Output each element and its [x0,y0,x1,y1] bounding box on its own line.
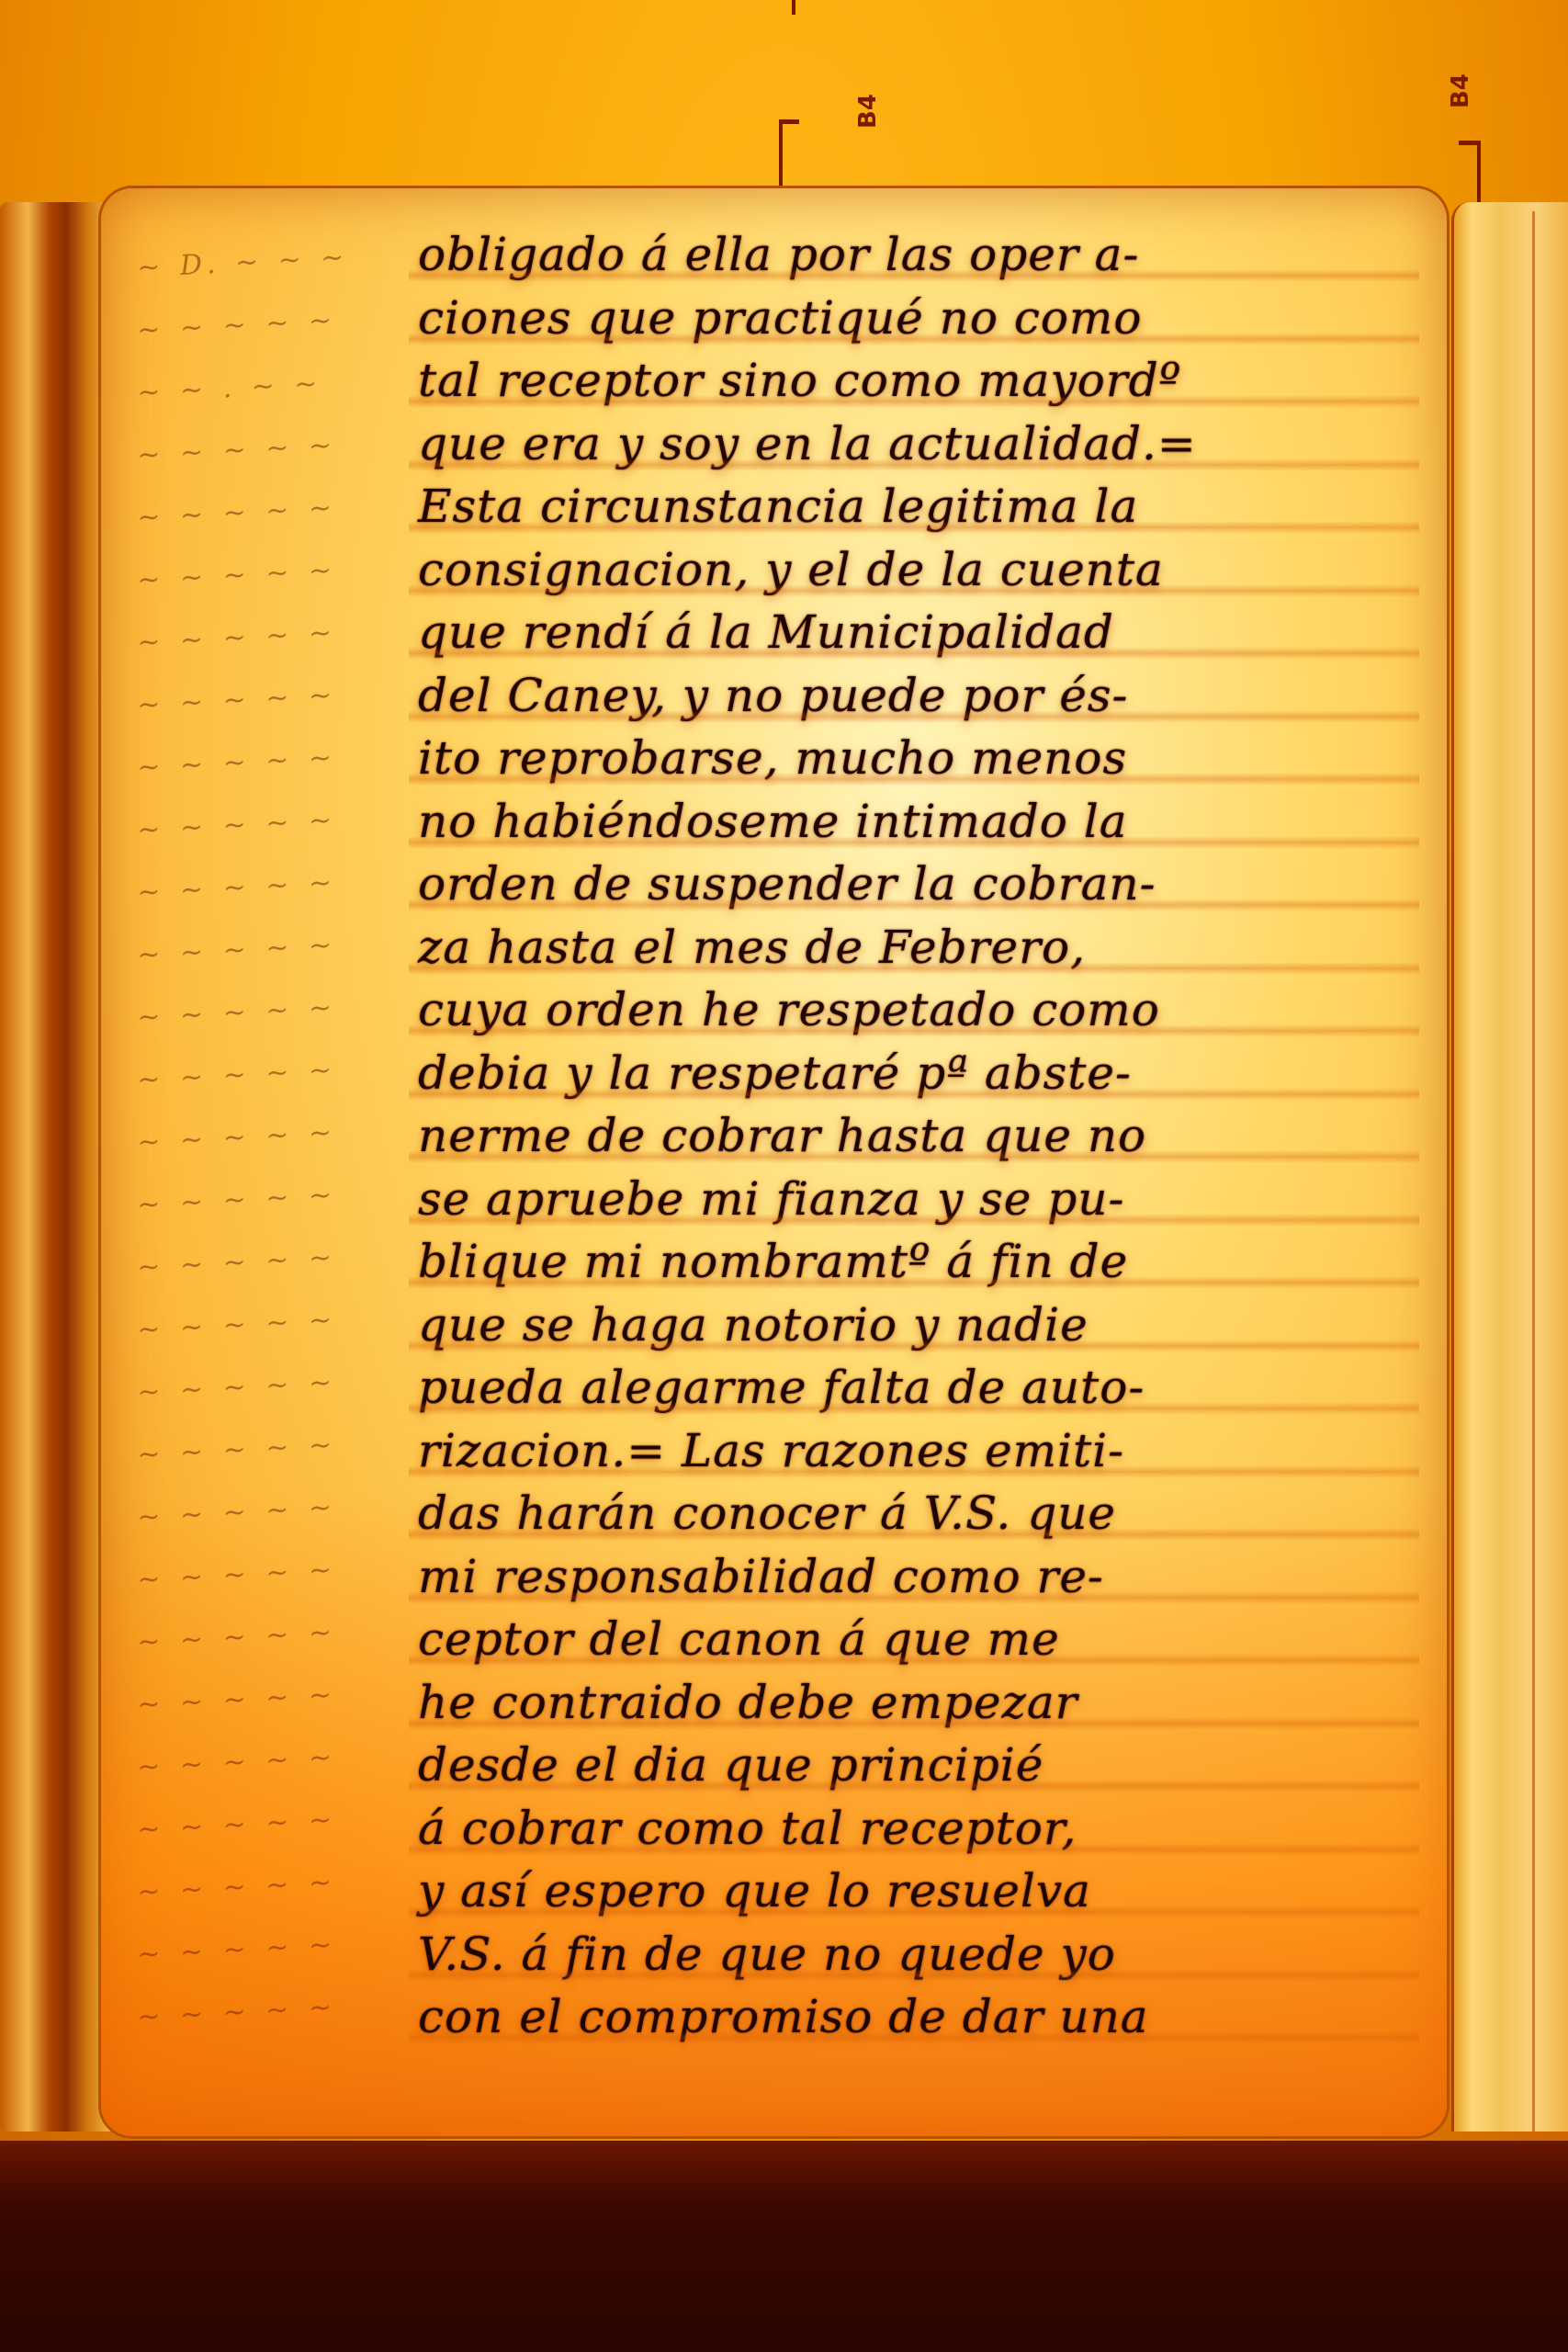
marker-label-b4-center: B4 [854,94,882,129]
text-line-6: consignacion, y el de la cuenta [418,538,1419,602]
book-spine-left-edge [0,202,110,2131]
text-line-10: no habiéndoseme intimado la [418,790,1419,854]
text-line-17: blique mi nombramtº á fin de [418,1230,1419,1294]
text-line-7: que rendí á la Municipalidad [418,601,1419,664]
text-line-16: se apruebe mi fianza y se pu- [418,1168,1419,1231]
marker-bracket-top-center-vertical [779,119,783,188]
text-line-11: orden de suspender la cobran- [418,853,1419,916]
text-line-26: á cobrar como tal receptor, [418,1797,1419,1860]
marker-bracket-top-right-horizontal [1459,141,1481,145]
facing-page-right [1451,202,1568,2131]
text-line-25: desde el dia que principié [418,1734,1419,1797]
text-line-12: za hasta el mes de Febrero, [418,916,1419,979]
text-line-5: Esta circunstancia legitima la [418,475,1419,538]
text-line-19: pueda alegarme falta de auto- [418,1356,1419,1419]
text-line-21: das harán conocer á V.S. que [418,1482,1419,1545]
text-line-15: nerme de cobrar hasta que no [418,1104,1419,1168]
text-line-13: cuya orden he respetado como [418,978,1419,1042]
handwritten-text-block: obligado á ella por las oper a- ciones q… [418,223,1419,2049]
text-line-8: del Caney, y no puede por és- [418,664,1419,728]
text-line-20: rizacion.= Las razones emiti- [418,1419,1419,1483]
text-line-14: debia y la respetaré pª abste- [418,1042,1419,1105]
manuscript-page: ~ D. ~ ~ ~ ~ ~ ~ ~ ~ ~ ~ . ~ ~ ~ ~ ~ ~ ~… [101,188,1447,2136]
marker-bracket-top-center-horizontal [779,119,799,124]
text-line-9: ito reprobarse, mucho menos [418,727,1419,790]
text-line-3: tal receptor sino como mayordº [418,349,1419,413]
text-line-29: con el compromiso de dar una [418,1985,1419,2049]
text-line-23: ceptor del canon á que me [418,1608,1419,1671]
text-line-2: ciones que practiqué no como [418,287,1419,350]
marker-label-b4-right: B4 [1447,73,1474,108]
text-line-28: V.S. á fin de que no quede yo [418,1923,1419,1986]
text-line-24: he contraido debe empezar [418,1671,1419,1735]
text-line-1: obligado á ella por las oper a- [418,223,1419,287]
text-line-18: que se haga notorio y nadie [418,1294,1419,1357]
text-line-22: mi responsabilidad como re- [418,1545,1419,1609]
marker-bracket-top-right-vertical [1477,141,1481,209]
text-line-4: que era y soy en la actualidad.= [418,413,1419,476]
marker-tick-top [792,0,795,15]
book-shadow-bottom [0,2141,1568,2352]
text-line-27: y así espero que lo resuelva [418,1860,1419,1923]
